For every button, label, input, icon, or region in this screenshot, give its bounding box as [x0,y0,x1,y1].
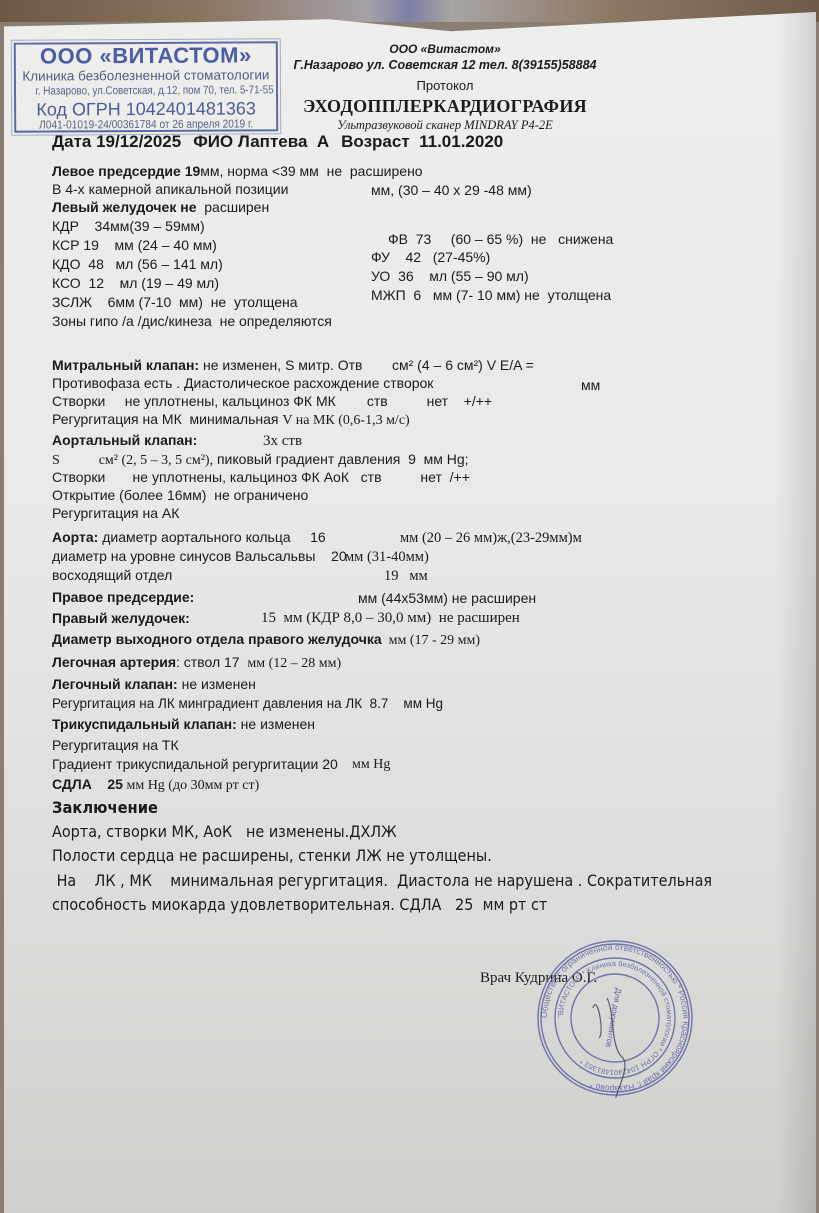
pulmonary-artery-norm: мм (12 – 28 мм) [247,656,341,671]
aortic-line-4: Открытие (более 16мм) не ограничено [52,486,308,504]
aortic-gradient: пиковый градиент давления 9 мм Hg; [213,451,469,467]
aortic-valve-label: Аортальный клапан: [52,432,197,448]
conclusion-title: Заключение [52,798,158,817]
aorta-sinus-norm: мм (31-40мм) [345,548,429,566]
pulmonary-artery-trunk: : ствол 17 [176,654,247,670]
stamp-address: г. Назарово, ул.Советская, д.12, пом 70,… [35,83,256,99]
lv-param: ФУ 42 (27-45%) [371,248,490,266]
rvot-line: Диаметр выходного отдела правого желудоч… [52,630,480,650]
lv-param: Зоны гипо /а /дис/кинеза не определяются [52,312,332,330]
left-ventricle-line: Левый желудочек не расширен [52,198,269,216]
conclusion-line: Аорта, створки МК, АоК не изменены.ДХЛЖ [52,822,397,841]
header-protocol: Протокол [280,78,610,93]
right-ventricle-label: Правый желудочек: [52,610,190,626]
mitral-label: Митральный клапан: [52,357,199,373]
left-ventricle-label: Левый желудочек не [52,199,196,215]
lv-param: ЗСЛЖ 6мм (7-10 мм) не утолщена [52,293,298,311]
patient-name: Лаптева А [238,132,329,151]
aortic-area-s: S [52,453,60,468]
tricuspid-status: не изменен [237,716,315,732]
aorta-label: Аорта: [52,529,98,545]
sdla-label: СДЛА 25 [52,776,123,792]
apical-label: В 4-х камерной апикальной позиции [52,181,288,197]
aorta-ascending-value: 19 мм [384,567,428,585]
right-ventricle-value: 15 мм (КДР 8,0 – 30,0 мм) не расширен [261,609,520,627]
right-atrium-label: Правое предсердие: [52,589,194,605]
name-label: ФИО [193,132,233,151]
pulmonary-valve-line: Легочный клапан: не изменен [52,675,256,693]
conclusion-line: Полости сердца не расширены, стенки ЛЖ н… [52,846,492,865]
pulmonary-artery-label: Легочная артерия [52,654,176,670]
paper-shadow [776,12,816,1213]
aorta-ring: диаметр аортального кольца 16 [98,529,325,545]
rvot-value: мм (17 - 29 мм) [382,633,480,648]
patient-info: Дата 19/12/2025ФИО Лаптева АВозраст 11.0… [52,132,503,152]
exam-date: 19/12/2025 [96,132,181,151]
pulmonary-valve-status: не изменен [178,676,256,692]
left-atrium-value: мм, норма <39 мм не расширено [200,163,422,179]
right-atrium-value: мм (44х53мм) не расширен [358,589,536,607]
pulmonary-regurg-line: Регургитация на ЛК минградиент давления … [52,695,443,713]
mitral-line-1: Митральный клапан: не изменен, S митр. О… [52,356,362,374]
pulmonary-artery-line: Легочная артерия: ствол 17 мм (12 – 28 м… [52,653,341,673]
aorta-ring-line: Аорта: диаметр аортального кольца 16 [52,528,326,546]
left-ventricle-status: расширен [196,199,269,215]
apical-value: мм, (30 – 40 х 29 -48 мм) [371,181,532,199]
mitral-area: см² (4 – 6 см²) V E/A = [392,356,534,374]
aortic-cusps: 3х ств [263,432,302,450]
lv-param: УО 36 мл (55 – 90 мл) [371,267,529,285]
aortic-area-norm: см² (2, 5 – 3, 5 см²), [99,453,213,468]
mitral-line-2: Противофаза есть . Диастолическое расхож… [52,374,433,392]
lv-param: КСР 19 мм (24 – 40 мм) [52,236,217,254]
mitral-velocity: V на МК (0,6-1,3 м/с) [282,413,409,428]
tricuspid-label: Трикуспидальный клапан: [52,716,237,732]
header-org: ООО «Витастом» [280,42,610,56]
mitral-line-3: Створки не уплотнены, кальциноз ФК МК ст… [52,392,492,410]
sdla-line: СДЛА 25 мм Hg (до 30мм рт ст) [52,775,259,795]
left-atrium-line: Левое предсердие 19мм, норма <39 мм не р… [52,162,423,180]
lv-param: ФВ 73 (60 – 65 %) не снижена [388,230,613,248]
lv-param: МЖП 6 мм (7- 10 мм) не утолщена [371,286,611,304]
mitral-unit: мм [581,376,600,394]
lv-param: КДО 48 мл (56 – 141 мл) [52,255,223,273]
aorta-sinus-line: диаметр на уровне синусов Вальсальвы 20 [52,547,347,565]
sdla-value: мм Hg (до 30мм рт ст) [123,778,259,793]
stamp-license: Л041-01019-24/00361784 от 26 апреля 2019… [32,118,261,132]
document-title: ЭХОДОППЛЕРКАРДИОГРАФИЯ [280,96,610,117]
stamp-ogrn: Код ОГРН 1042401481363 [16,98,276,119]
aortic-line-5: Регургитация на АК [52,504,179,522]
aortic-line-3: Створки не уплотнены, кальциноз ФК АоК с… [52,468,470,486]
right-ventricle-line: Правый желудочек: [52,609,190,627]
rvot-label: Диаметр выходного отдела правого желудоч… [52,631,382,647]
lv-param: КДР 34мм(39 – 59мм) [52,217,205,235]
mitral-regurg: Регургитация на МК минимальная [52,411,282,427]
aorta-ring-norm: мм (20 – 26 мм)ж,(23-29мм)м [400,529,582,547]
conclusion-line: способность миокарда удовлетворительная.… [52,895,547,914]
left-atrium-label: Левое предсердие 19 [52,163,200,179]
stamp-org: ООО «ВИТАСТОМ» [16,43,276,68]
mitral-text: не изменен, S митр. Отв [199,357,362,373]
stamp-clinic: Клиника безболезненной стоматологии [16,67,276,84]
patient-dob: 11.01.2020 [419,132,503,151]
age-label: Возраст [341,132,410,151]
lv-param: КСО 12 мл (19 – 49 мл) [52,274,219,292]
aorta-ascending-line: восходящий отдел [52,566,172,584]
apical-line: В 4-х камерной апикальной позиции [52,180,288,198]
conclusion-line: На ЛК , МК минимальная регургитация. Диа… [52,871,712,890]
svg-text:Для документов: Для документов [604,987,623,1048]
tricuspid-gradient-line: Градиент трикуспидальной регургитации 20 [52,755,338,773]
header-address: Г.Назарово ул. Советская 12 тел. 8(39155… [280,58,610,72]
aortic-valve-line: Аортальный клапан: [52,431,197,449]
tricuspid-line: Трикуспидальный клапан: не изменен [52,715,315,733]
right-atrium-line: Правое предсердие: [52,588,194,606]
date-label: Дата [52,132,91,151]
clinic-rect-stamp: ООО «ВИТАСТОМ» Клиника безболезненной ст… [14,41,278,132]
tricuspid-gradient-unit: мм Hg [352,756,390,774]
scanner-model: Ультразвуковой сканер MINDRAY P4-2E [280,118,610,133]
mitral-line-4: Регургитация на МК минимальная V на МК (… [52,410,410,430]
aortic-area-line: S см² (2, 5 – 3, 5 см²), пиковый градиен… [52,450,469,470]
round-seal-stamp: Общество с ограниченной ответственностью… [535,938,695,1098]
pulmonary-valve-label: Легочный клапан: [52,676,178,692]
tricuspid-regurg-line: Регургитация на ТК [52,736,179,754]
